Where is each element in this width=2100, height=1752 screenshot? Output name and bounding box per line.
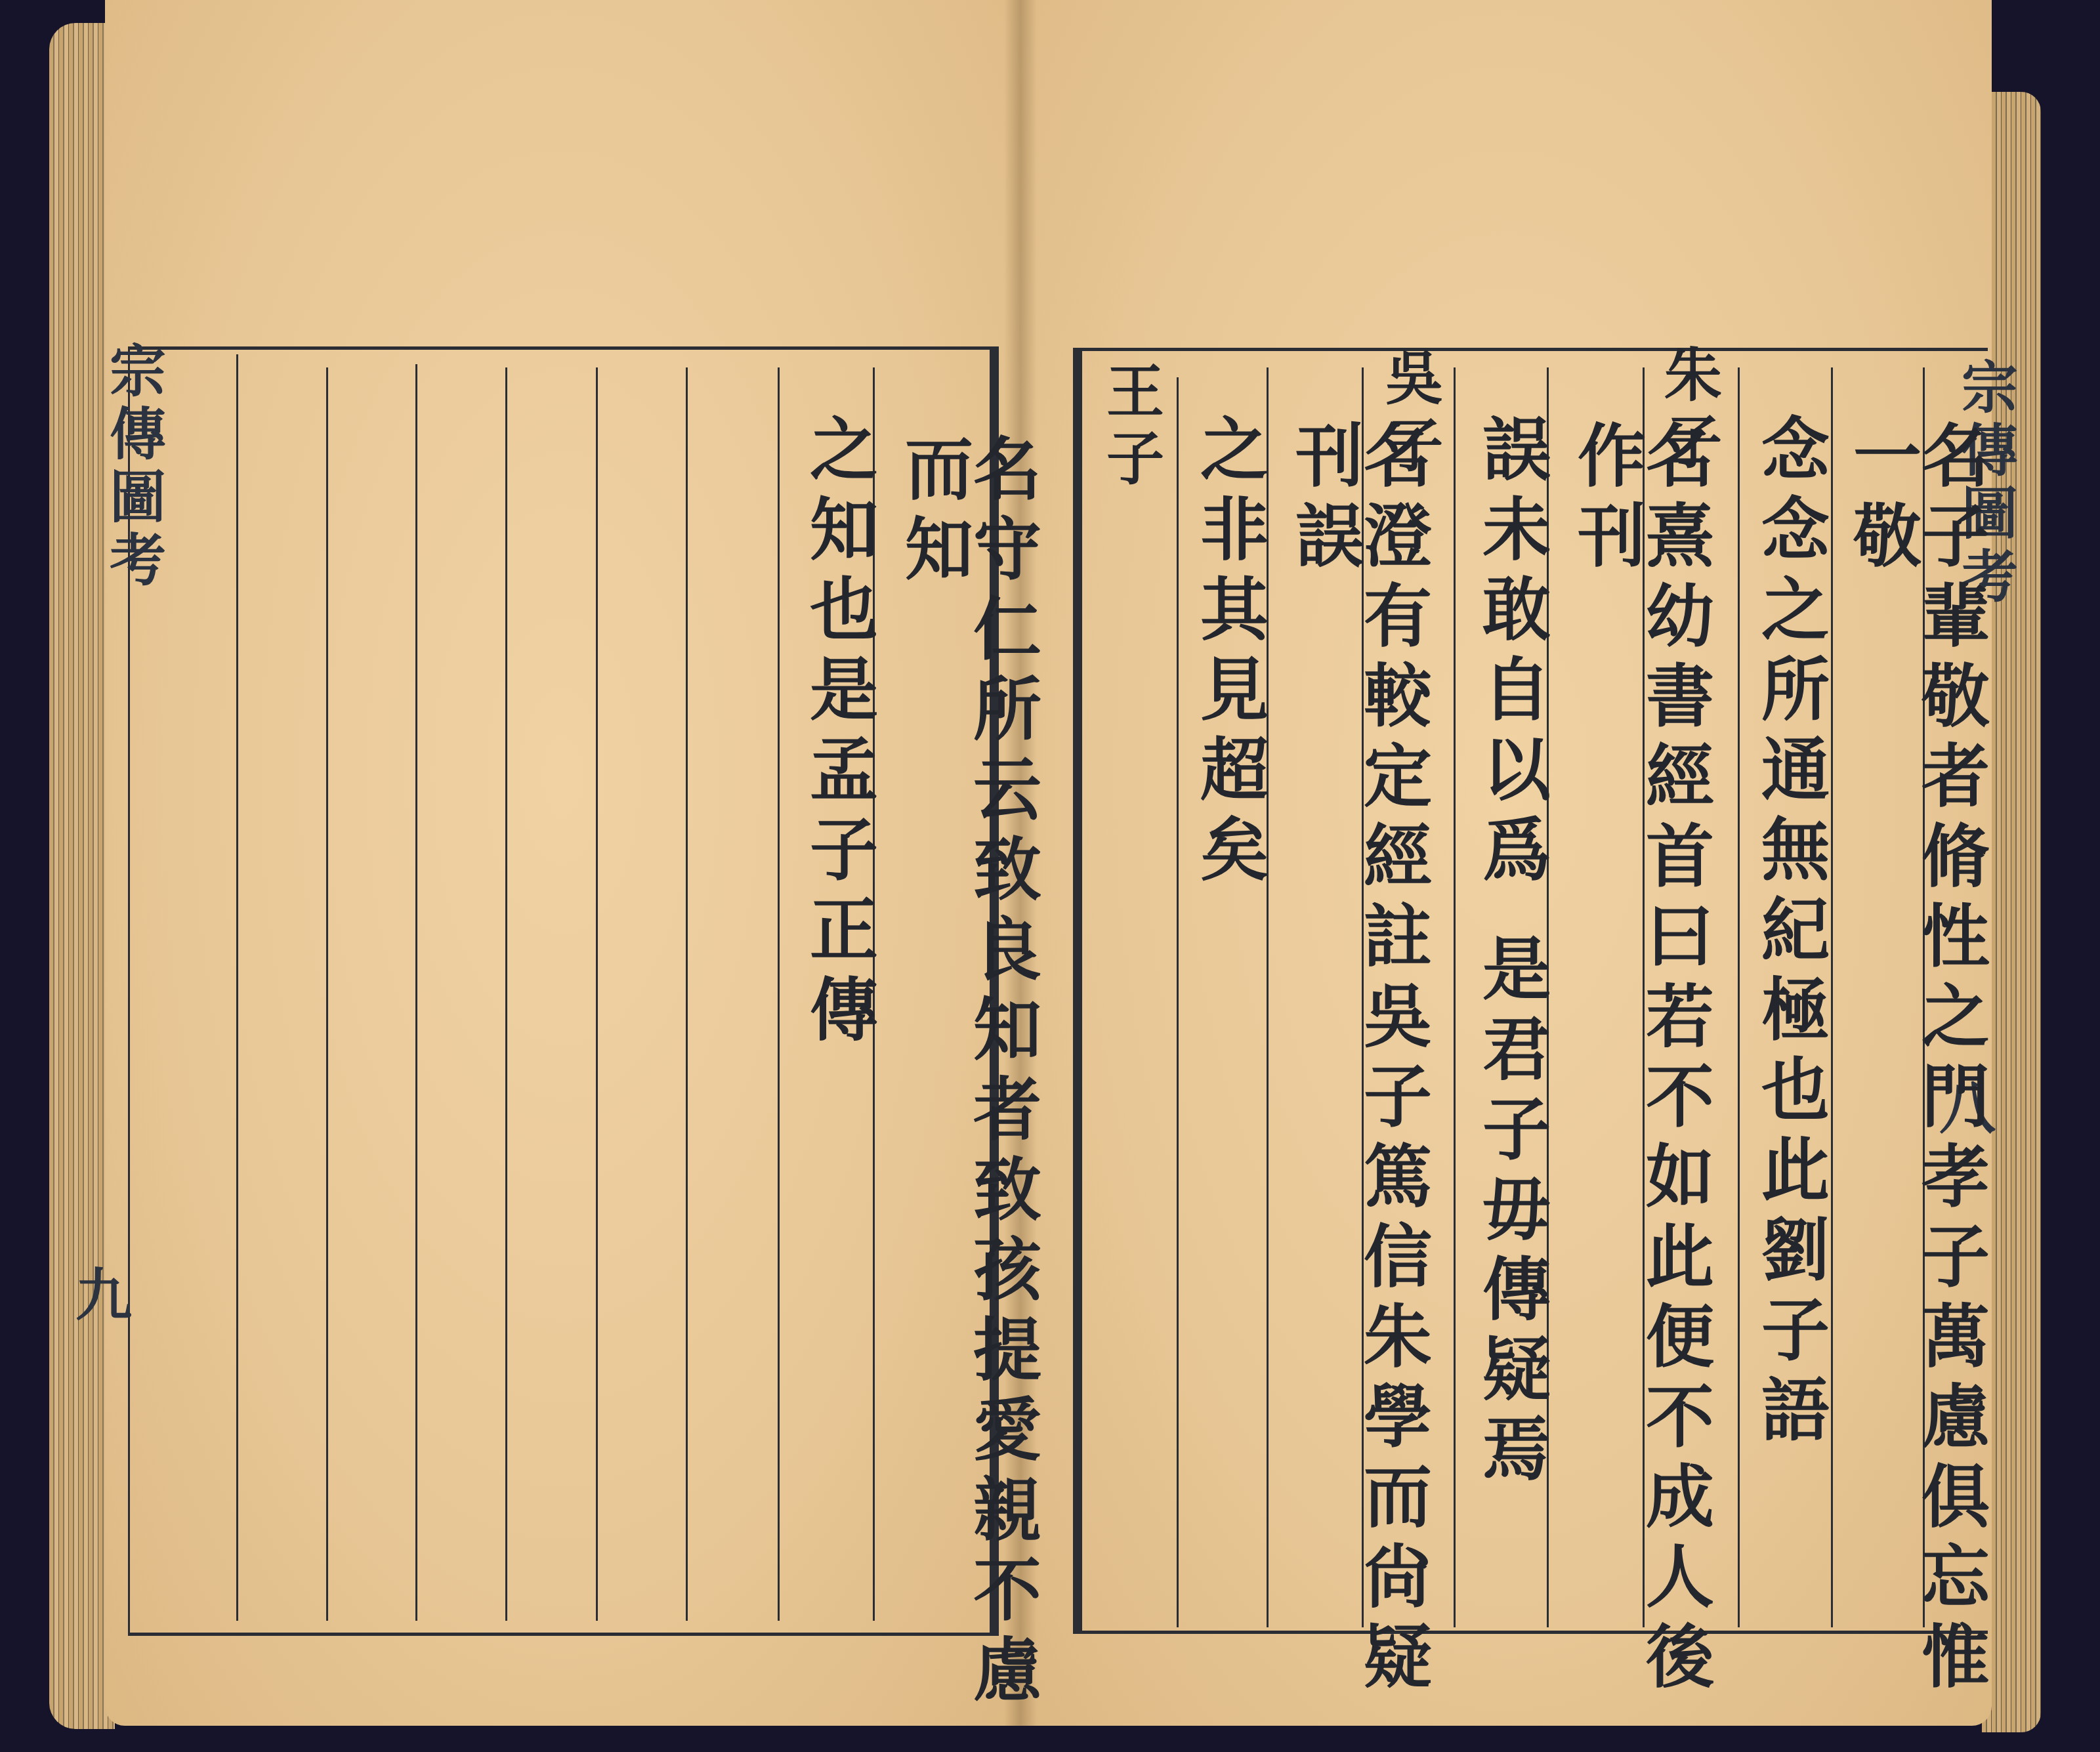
left-edge-book-title: 宗傳圖考 bbox=[92, 341, 173, 593]
column-4-part-2: 是君子毋傳疑焉 bbox=[1471, 933, 1551, 1493]
column-rule bbox=[415, 364, 417, 1621]
column-rule bbox=[1177, 377, 1179, 1627]
right-text-column-1: 名子輩敬者脩性之門孝子萬慮俱忘惟一敬 bbox=[1847, 420, 1984, 1752]
left-text-column-2: 之知也是孟子正傳 bbox=[804, 413, 872, 1054]
column-rule bbox=[778, 367, 780, 1621]
column-rule bbox=[1831, 367, 1833, 1627]
column-rule bbox=[1454, 367, 1456, 1627]
right-text-column-2: 念念之所通無紀極也此劉子語 bbox=[1755, 413, 1824, 1454]
right-text-column-3: 名熹幼書經首曰若不如此便不成人後作刊 bbox=[1572, 420, 1708, 1752]
left-page-number: 九 bbox=[75, 1250, 132, 1331]
heading-wangzi: 王子 bbox=[1102, 361, 1160, 495]
column-rule bbox=[1738, 367, 1740, 1627]
column-rule bbox=[236, 354, 238, 1621]
column-4-part-1: 誤未敢自以爲 bbox=[1471, 413, 1551, 894]
column-rule bbox=[686, 367, 688, 1621]
open-book: 宗傳圖考 九 名守仁所云致良知者致孩提愛親不慮而知 之知也是孟子正傳 宗傳圖考 … bbox=[0, 0, 2100, 1752]
column-rule bbox=[596, 367, 598, 1621]
right-text-column-5: 名澄有較定經註吳子篤信朱學而尙疑刊誤 bbox=[1290, 420, 1426, 1752]
left-text-column-1: 名守仁所云致良知者致孩提愛親不慮而知 bbox=[899, 433, 1036, 1752]
right-text-column-6: 之非其見超矣 bbox=[1194, 413, 1263, 894]
right-text-column-4: 誤未敢自以爲是君子毋傳疑焉 bbox=[1477, 413, 1545, 1493]
column-rule bbox=[326, 367, 328, 1621]
column-rule bbox=[505, 367, 507, 1621]
